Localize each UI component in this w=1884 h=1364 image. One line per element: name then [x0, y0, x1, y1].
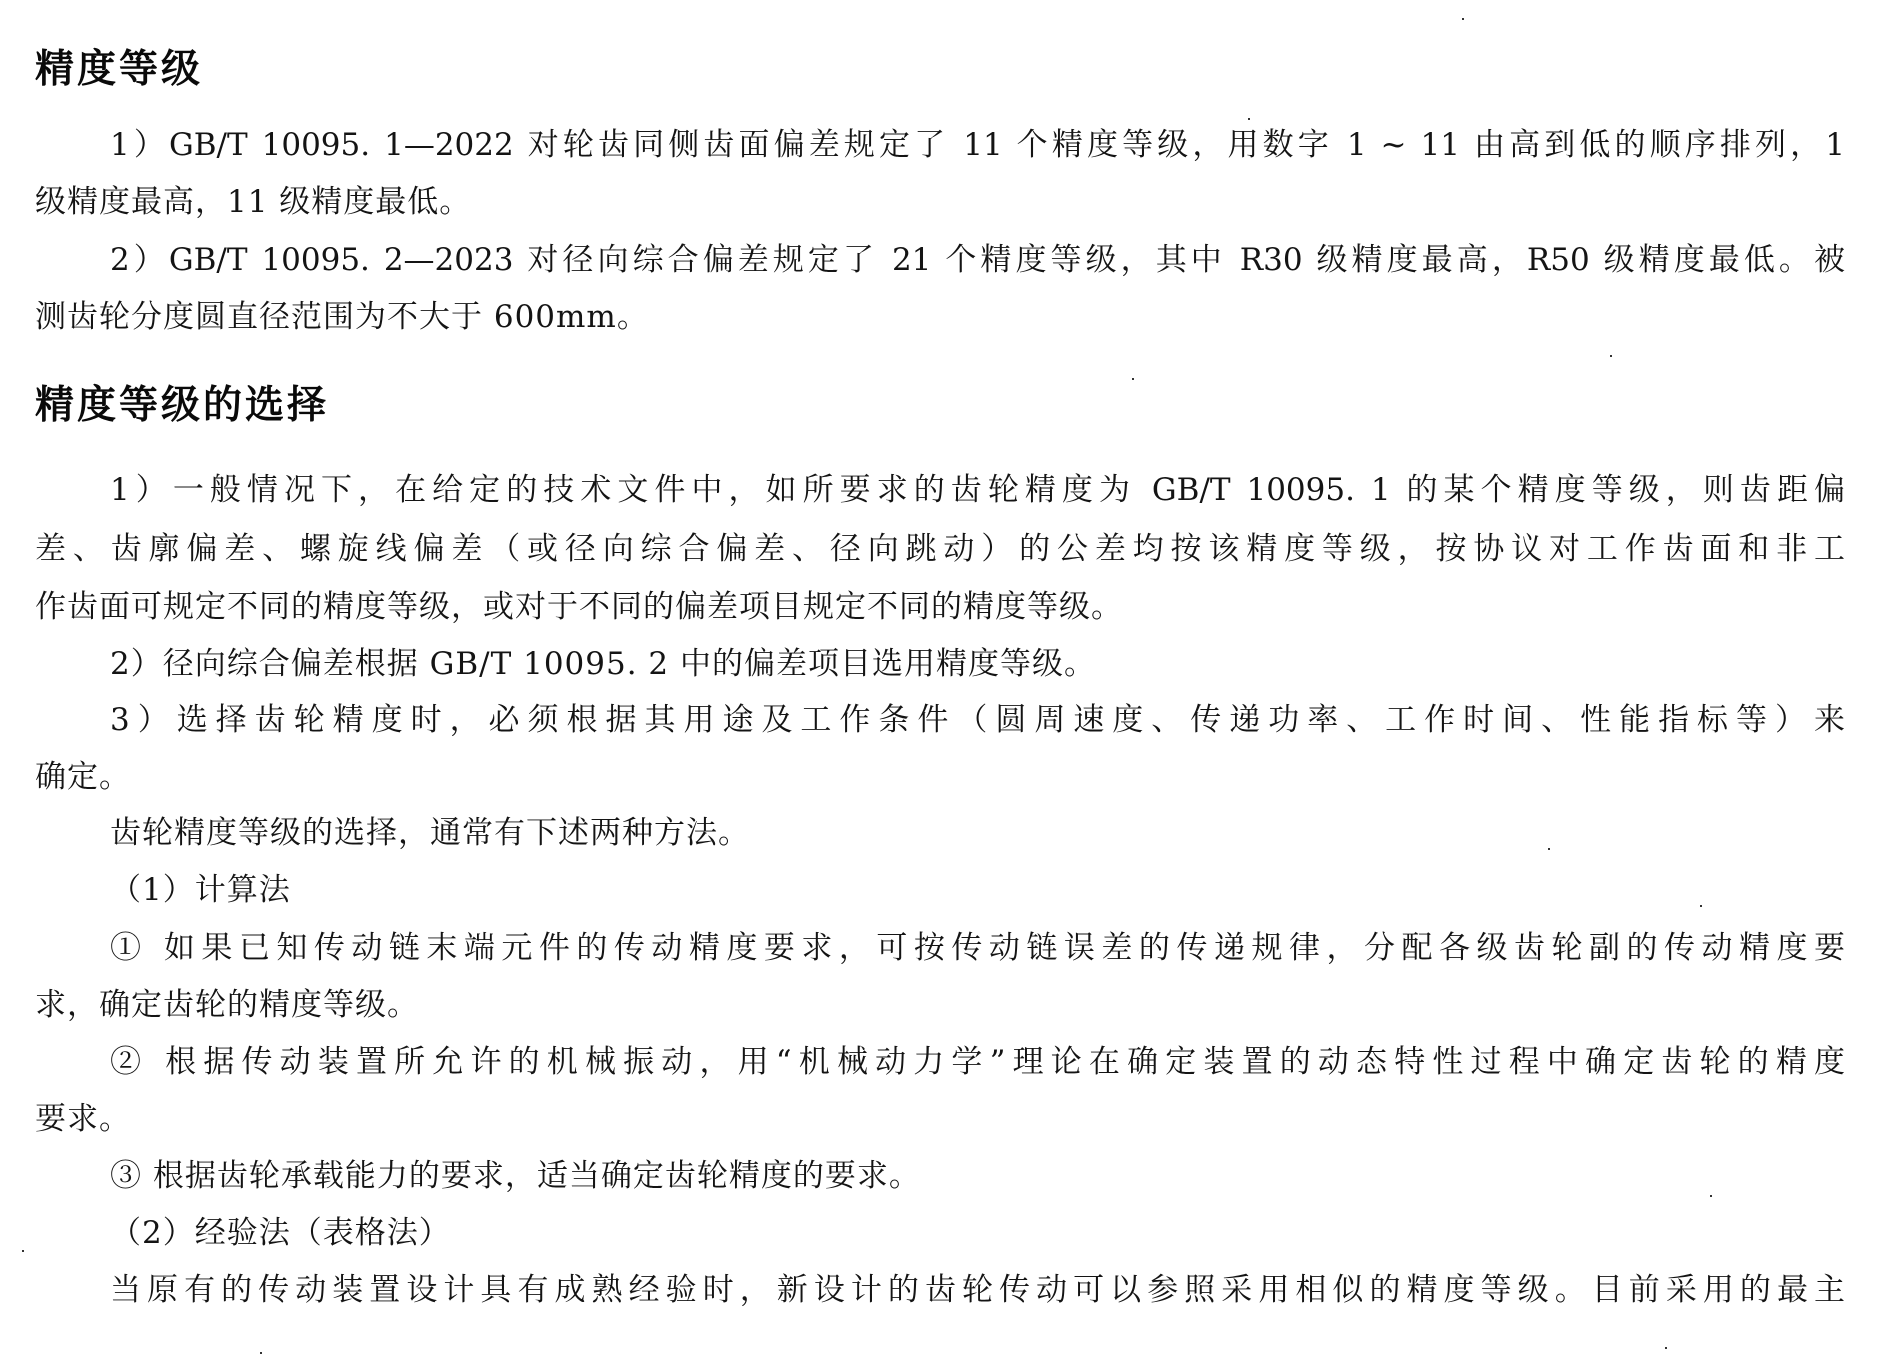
- paragraph-line: 1）一般情况下，在给定的技术文件中，如所要求的齿轮精度为 GB/T 10095.…: [110, 470, 1845, 510]
- scan-speck: [1462, 18, 1464, 20]
- paragraph-line: ① 如果已知传动链末端元件的传动精度要求，可按传动链误差的传递规律，分配各级齿轮…: [110, 928, 1845, 968]
- scan-speck: [1700, 905, 1702, 907]
- paragraph-line: （1）计算法: [110, 870, 1845, 910]
- paragraph-line: 级精度最高，11 级精度最低。: [35, 182, 1845, 222]
- scan-speck: [1710, 1195, 1712, 1197]
- paragraph-line: ③ 根据齿轮承载能力的要求，适当确定齿轮精度的要求。: [110, 1156, 1845, 1196]
- scan-speck: [260, 1352, 262, 1354]
- paragraph-line: 当原有的传动装置设计具有成熟经验时，新设计的齿轮传动可以参照采用相似的精度等级。…: [110, 1270, 1845, 1310]
- paragraph-line: 3）选择齿轮精度时，必须根据其用途及工作条件（圆周速度、传递功率、工作时间、性能…: [110, 700, 1845, 740]
- paragraph-line: 要求。: [35, 1099, 1845, 1139]
- paragraph-line: 2）径向综合偏差根据 GB/T 10095. 2 中的偏差项目选用精度等级。: [110, 644, 1845, 684]
- paragraph-line: （2）经验法（表格法）: [110, 1213, 1845, 1253]
- scan-speck: [1665, 1347, 1667, 1349]
- paragraph-line: 1）GB/T 10095. 1—2022 对轮齿同侧齿面偏差规定了 11 个精度…: [110, 125, 1845, 165]
- section-heading-grade-selection: 精度等级的选择: [35, 384, 329, 428]
- scan-speck: [1248, 118, 1250, 120]
- paragraph-line: 求，确定齿轮的精度等级。: [35, 985, 1845, 1025]
- paragraph-line: 差、齿廓偏差、螺旋线偏差（或径向综合偏差、径向跳动）的公差均按该精度等级，按协议…: [35, 529, 1845, 569]
- document-page: 精度等级 1）GB/T 10095. 1—2022 对轮齿同侧齿面偏差规定了 1…: [0, 0, 1884, 1364]
- paragraph-line: 2）GB/T 10095. 2—2023 对径向综合偏差规定了 21 个精度等级…: [110, 240, 1845, 280]
- paragraph-line: 确定。: [35, 757, 1845, 797]
- paragraph-line: ② 根据传动装置所允许的机械振动，用“机械动力学”理论在确定装置的动态特性过程中…: [110, 1042, 1845, 1082]
- section-heading-precision-grades: 精度等级: [35, 48, 203, 92]
- scan-speck: [1548, 848, 1550, 850]
- paragraph-line: 作齿面可规定不同的精度等级，或对于不同的偏差项目规定不同的精度等级。: [35, 587, 1845, 627]
- scan-speck: [1132, 378, 1134, 380]
- paragraph-line: 齿轮精度等级的选择，通常有下述两种方法。: [110, 813, 1845, 853]
- scan-speck: [1610, 355, 1612, 357]
- scan-speck: [22, 1250, 24, 1252]
- paragraph-line: 测齿轮分度圆直径范围为不大于 600mm。: [35, 297, 1845, 337]
